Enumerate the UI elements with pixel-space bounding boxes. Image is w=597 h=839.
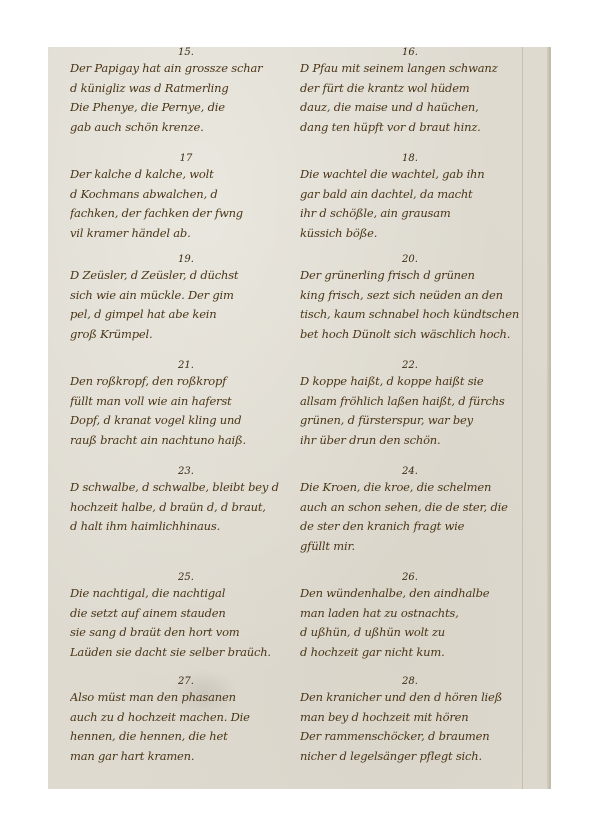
verse-line: nicher d legelsänger pflegt sich. [300,747,520,767]
verse-line: grünen, d fürsterspur, war bey [300,411,520,431]
verse-line: Die wachtel die wachtel, gab ihn [300,165,520,185]
verse-line: D koppe haißt, d koppe haißt sie [300,372,520,392]
verse-line: man gar hart kramen. [70,747,302,767]
verse-line: Der rammenschöcker, d braumen [300,727,520,747]
verse-number: 16. [300,48,520,59]
verse-line: pel, d gimpel hat abe kein [70,305,302,325]
verse-line: küssich böße. [300,224,520,244]
verse-line: vil kramer händel ab. [70,224,302,244]
verse-18: 18. Die wachtel die wachtel, gab ihn gar… [300,154,520,243]
verse-number: 25. [70,573,302,584]
verse-27: 27. Also müst man den phasanen auch zu d… [70,677,302,766]
verse-line: man bey d hochzeit mit hören [300,708,520,728]
verse-line: man laden hat zu ostnachts, [300,604,520,624]
verse-number: 26. [300,573,520,584]
verse-16: 16. D Pfau mit seinem langen schwanz der… [300,48,520,137]
margin-ruling-line [522,47,523,789]
verse-19: 19. D Zeüsler, d Zeüsler, d düchst sich … [70,255,302,344]
verse-number: 20. [300,255,520,266]
verse-line: tisch, kaum schnabel hoch kündtschen [300,305,520,325]
verse-line: ihr über drun den schön. [300,431,520,451]
verse-number: 22. [300,361,520,372]
verse-line: Der Papigay hat ain grossze schar [70,59,302,79]
verse-line: Die Phenye, die Pernye, die [70,98,302,118]
verse-line: sie sang d braüt den hort vom [70,623,302,643]
verse-number: 23. [70,467,302,478]
verse-number: 19. [70,255,302,266]
verse-line: groß Krümpel. [70,325,302,345]
verse-21: 21. Den roßkropf, den roßkropf füllt man… [70,361,302,450]
verse-28: 28. Den kranicher und den d hören ließ m… [300,677,520,766]
verse-line: king frisch, sezt sich neüden an den [300,286,520,306]
verse-26: 26. Den wündenhalbe, den aindhalbe man l… [300,573,520,662]
verse-number: 28. [300,677,520,688]
verse-line: d halt ihm haimlichhinaus. [70,517,302,537]
page-edge [547,47,551,789]
verse-line: ihr d schößle, ain grausam [300,204,520,224]
verse-number: 21. [70,361,302,372]
verse-line: die setzt auf ainem stauden [70,604,302,624]
verse-line: Also müst man den phasanen [70,688,302,708]
manuscript-page: 15. Der Papigay hat ain grossze schar d … [48,47,551,789]
verse-number: 27. [70,677,302,688]
verse-23: 23. D schwalbe, d schwalbe, bleibt bey d… [70,467,302,537]
verse-number: 15. [70,48,302,59]
verse-line: Die nachtigal, die nachtigal [70,584,302,604]
verse-24: 24. Die Kroen, die kroe, die schelmen au… [300,467,520,556]
verse-number: 17 [70,154,302,165]
verse-20: 20. Der grünerling frisch d grünen king … [300,255,520,344]
verse-line: gab auch schön krenze. [70,118,302,138]
verse-line: Der kalche d kalche, wolt [70,165,302,185]
verse-line: auch an schon sehen, die de ster, die [300,498,520,518]
verse-line: hochzeit halbe, d braün d, d braut, [70,498,302,518]
verse-line: gar bald ain dachtel, da macht [300,185,520,205]
verse-line: füllt man voll wie ain haferst [70,392,302,412]
verse-25: 25. Die nachtigal, die nachtigal die set… [70,573,302,662]
verse-line: hennen, die hennen, die het [70,727,302,747]
verse-line: allsam fröhlich laßen haißt, d fürchs [300,392,520,412]
verse-line: dauz, die maise und d haüchen, [300,98,520,118]
verse-line: auch zu d hochzeit machen. Die [70,708,302,728]
verse-17: 17 Der kalche d kalche, wolt d Kochmans … [70,154,302,243]
verse-line: de ster den kranich fragt wie [300,517,520,537]
verse-line: dang ten hüpft vor d braut hinz. [300,118,520,138]
verse-22: 22. D koppe haißt, d koppe haißt sie all… [300,361,520,450]
verse-line: Der grünerling frisch d grünen [300,266,520,286]
verse-line: Die Kroen, die kroe, die schelmen [300,478,520,498]
verse-line: der fürt die krantz wol hüdem [300,79,520,99]
verse-15: 15. Der Papigay hat ain grossze schar d … [70,48,302,137]
verse-line: Den wündenhalbe, den aindhalbe [300,584,520,604]
verse-line: D schwalbe, d schwalbe, bleibt bey d [70,478,302,498]
verse-line: bet hoch Dünolt sich wäschlich hoch. [300,325,520,345]
verse-line: D Pfau mit seinem langen schwanz [300,59,520,79]
verse-line: sich wie ain mückle. Der gim [70,286,302,306]
verse-line: Laüden sie dacht sie selber braüch. [70,643,302,663]
verse-number: 18. [300,154,520,165]
verse-number: 24. [300,467,520,478]
verse-line: d Kochmans abwalchen, d [70,185,302,205]
verse-line: d hochzeit gar nicht kum. [300,643,520,663]
verse-line: fachken, der fachken der fwng [70,204,302,224]
verse-line: Den roßkropf, den roßkropf [70,372,302,392]
verse-line: Dopf, d kranat vogel kling und [70,411,302,431]
verse-line: gfüllt mir. [300,537,520,557]
verse-line: rauß bracht ain nachtuno haiß. [70,431,302,451]
verse-line: D Zeüsler, d Zeüsler, d düchst [70,266,302,286]
verse-line: d ußhün, d ußhün wolt zu [300,623,520,643]
verse-line: d künigliz was d Ratmerling [70,79,302,99]
verse-line: Den kranicher und den d hören ließ [300,688,520,708]
